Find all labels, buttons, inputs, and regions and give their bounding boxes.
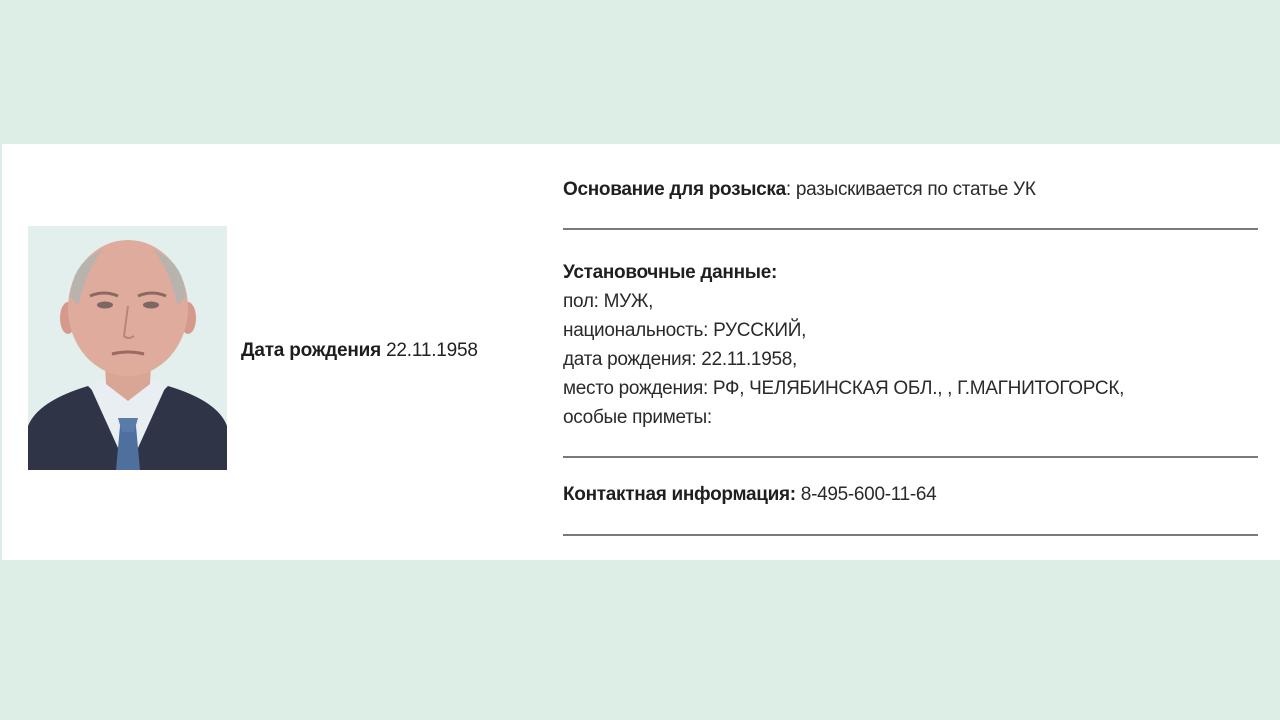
birth-date-label: Дата рождения [241,340,381,361]
identification-heading: Установочные данные: [563,258,1124,287]
divider [563,456,1258,458]
portrait-photo [28,226,227,470]
search-basis-separator: : [786,179,796,200]
contact-label: Контактная информация: [563,484,796,505]
divider [563,228,1258,230]
identification-data: Установочные данные: пол: МУЖ, националь… [563,258,1124,432]
identification-line-birth-place: место рождения: РФ, ЧЕЛЯБИНСКАЯ ОБЛ., , … [563,374,1124,403]
birth-date: Дата рождения 22.11.1958 [241,340,478,362]
identification-line-sex: пол: МУЖ, [563,287,1124,316]
identification-line-birth-date: дата рождения: 22.11.1958, [563,345,1124,374]
contact-phone: 8-495-600-11-64 [801,484,937,505]
identification-line-nationality: национальность: РУССКИЙ, [563,316,1124,345]
search-basis: Основание для розыска: разыскивается по … [563,179,1036,201]
search-basis-value: разыскивается по статье УК [796,179,1036,200]
search-basis-label: Основание для розыска [563,179,786,200]
contact-info: Контактная информация: 8-495-600-11-64 [563,484,936,506]
birth-date-value: 22.11.1958 [386,340,478,361]
identification-line-special-marks: особые приметы: [563,403,1124,432]
divider [563,534,1258,536]
